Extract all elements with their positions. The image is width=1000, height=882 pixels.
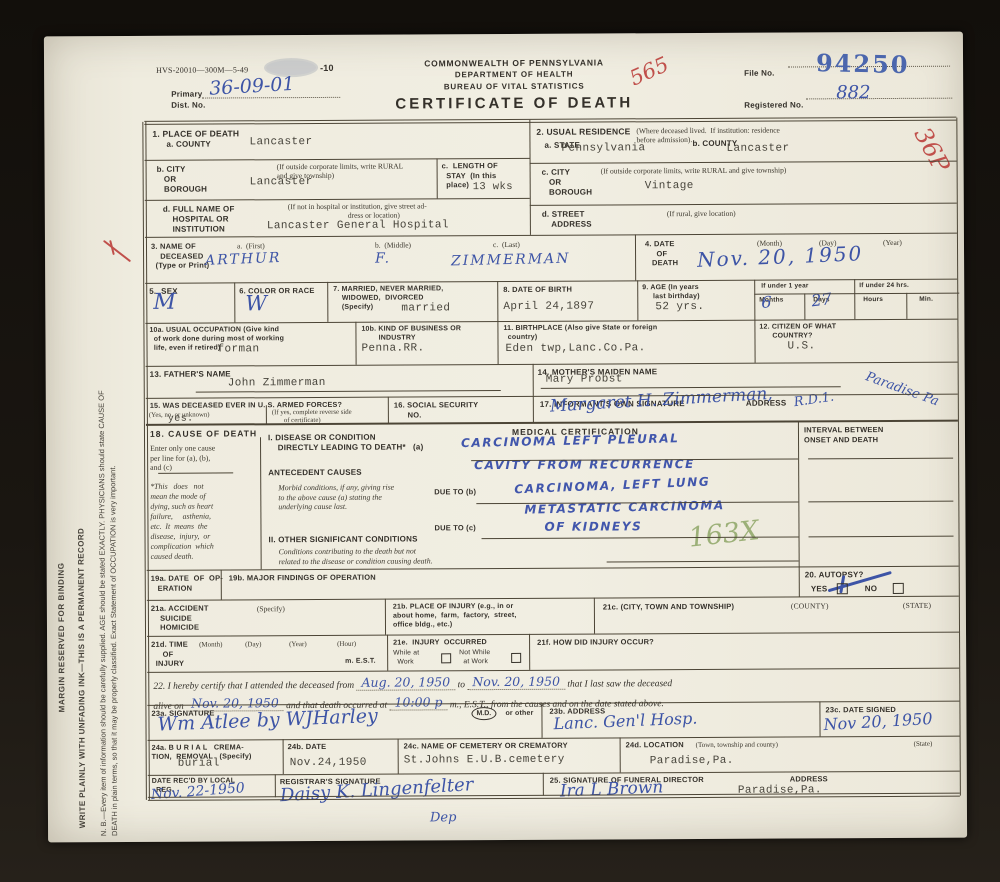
date-of-birth-label: 8. DATE OF BIRTH [503,285,572,294]
industry-value: Penna.RR. [362,342,425,354]
grid-line [385,599,386,635]
certificate-title: CERTIFICATE OF DEATH [324,94,704,114]
hours-header: Hours [863,296,883,304]
grid-line [398,739,399,774]
county-label: a. COUNTY [166,140,211,150]
residence-county-value: Lancaster [726,143,789,155]
grid-line [533,364,534,396]
morbid-note: Morbid conditions, if any, giving rise t… [278,483,394,512]
hospital-value: Lancaster General Hospital [267,219,449,232]
time-of-injury-label: 21d. TIME OF INJURY [151,640,188,669]
under-24-hrs-label: If under 24 hrs. [859,282,909,290]
father-name-label: 13. FATHER'S NAME [150,369,231,379]
grid-line [808,458,953,460]
funeral-address-value: Paradise,Pa. [738,784,822,796]
injury-county-header: (COUNTY) [791,601,829,610]
marital-status-value: married [401,302,450,314]
injury-est-label: m. E.S.T. [345,658,376,667]
birthplace-value: Eden twp,Lanc.Co.Pa. [506,342,646,355]
residence-city-label: c. CITY OR BOROUGH [542,168,593,198]
other-conditions-label: II. OTHER SIGNIFICANT CONDITIONS [269,534,418,544]
grid-line [437,158,438,198]
usual-residence-title: 2. USUAL RESIDENCE [536,126,630,137]
autopsy-checkbox [837,583,848,594]
registrar-deputy-note: Dep [430,810,457,825]
injury-month-header: (Month) [199,640,222,649]
grid-line [497,321,498,364]
grid-line [809,536,954,538]
last-name-value: ZIMMERMAN [451,251,571,270]
autopsy-no-label: NO [865,584,877,594]
grid-line [530,161,957,164]
certificate-paper: MARGIN RESERVED FOR BINDING WRITE PLAINL… [44,32,967,843]
minutes-header: Min. [919,296,933,304]
grid-line [355,322,356,365]
grid-line [497,281,498,321]
margin-nb-line2: DEATH in plain terms, so that it may be … [107,390,120,836]
not-while-at-work-checkbox [511,653,521,663]
district-number-label: Dist. No. [171,101,205,111]
cause-note1: Enter only one cause per line for (a), (… [150,444,215,474]
age-value: 52 yrs. [655,301,704,313]
grid-line [799,566,800,596]
grid-line [529,634,530,670]
city-borough-value: Lancaster [250,176,313,188]
registered-number-line [806,98,952,100]
district-number-value: 36-09-01 [209,73,295,100]
place-of-injury-label: 21b. PLACE OF INJURY (e.g., in or about … [393,602,517,630]
grid-line [388,397,389,424]
color-race-value: W [245,291,267,315]
grid-line [158,472,233,473]
grid-line [529,120,531,235]
accident-suicide-label: 21a. ACCIDENT SUICIDE HOMICIDE [151,604,209,633]
grid-line [266,405,267,424]
margin-nb-note: N. B.—Every item of information should b… [96,390,120,836]
middle-name-header: b. (Middle) [375,240,411,250]
date-of-death-value: Nov. 20, 1950 [697,241,864,272]
attended-to-date: Nov. 20, 1950 [467,674,565,691]
attended-from-date: Aug. 20, 1950 [356,674,455,691]
disease-condition-label: I. DISEASE OR CONDITION DIRECTLY LEADING… [268,432,423,453]
place-of-death-title: 1. PLACE OF DEATH [152,128,239,139]
informant-address2: Paradise Pa [863,369,940,409]
name-of-deceased-label: 3. NAME OF DECEASED (Type or Print) [151,242,209,271]
grid-line [260,437,262,569]
other-conditions-text: Conditions contributing to the death but… [279,546,433,566]
injury-city-label: 21c. (CITY, TOWN AND TOWNSHIP) [603,602,734,612]
social-security-label: 16. SOCIAL SECURITY NO. [394,400,479,419]
cause-c-value: OF KIDNEYS [544,519,642,534]
margin-permanent-record-note: WRITE PLAINLY WITH UNFADING INK—THIS IS … [76,528,87,828]
date-of-death-label: 4. DATE OF DEATH [645,239,678,268]
grid-line [637,280,638,320]
injury-day-header: (Day) [245,640,261,649]
cause-c-pre: METASTATIC CARCINOMA [524,498,725,517]
due-to-b-label: DUE TO (b) [434,487,476,496]
burial-date-value: Nov.24,1950 [290,757,367,769]
city-borough-label: b. CITY OR BOROUGH [157,165,208,195]
registered-number-value: 882 [836,82,870,103]
how-injury-occurred-label: 21f. HOW DID INJURY OCCUR? [537,637,654,647]
burial-location-value: Paradise,Pa. [650,755,734,767]
grid-line [906,293,907,319]
street-address-label: d. STREET ADDRESS [542,210,592,230]
burial-location-label: 24d. LOCATION [626,740,684,749]
last-name-header: c. (Last) [493,240,520,250]
margin-binding-note: MARGIN RESERVED FOR BINDING [57,562,67,712]
due-to-c-label: DUE TO (c) [434,523,475,532]
date-of-operation-label: 19a. DATE OF OP- ERATION [151,573,223,592]
not-while-at-work-label: Not While at Work [459,649,490,666]
cause-a-line1: CARCINOMA LEFT PLEURAL [461,431,680,450]
red-pencil-code: 36P [908,123,955,177]
residence-city-value: Vintage [645,180,694,192]
file-number-label: File No. [744,69,775,79]
grid-line [234,282,235,322]
registered-number-label: Registered No. [744,100,803,110]
grid-line [533,396,534,423]
certify-text: to [458,680,465,690]
injury-year-header: (Year) [289,640,307,649]
injury-hour-header: (Hour) [337,640,356,649]
burial-state-header: (State) [914,740,933,749]
grid-line [607,560,799,562]
grid-line [530,203,957,206]
occupation-value: forman [218,343,260,355]
hospital-hint: (If not in hospital or institution, give… [288,201,427,220]
industry-label: 10b. KIND OF BUSINESS OR INDUSTRY [361,325,461,343]
date-of-birth-value: April 24,1897 [503,301,594,313]
grid-line [635,234,636,280]
sex-value: M [153,290,176,315]
autopsy-yes-label: YES [811,584,828,594]
first-name-value: ARTHUR [205,250,282,269]
mother-name-value: Mary Probst [546,373,623,385]
father-name-value: John Zimmerman [228,377,326,390]
grid-line [196,390,501,393]
grid-line [147,596,959,601]
injury-state-header: (STATE) [903,601,931,610]
grid-line [543,773,544,796]
burial-date-label: 24b. DATE [288,742,327,751]
grid-line [808,501,953,503]
length-of-stay-value: 13 wks [473,181,513,193]
hospital-label: d. FULL NAME OF HOSPITAL OR INSTITUTION [163,204,235,234]
burial-value: burial [178,758,220,770]
age-label: 9. AGE (In years last birthday) [642,284,700,302]
green-pencil-code: 163X [687,515,761,554]
grid-line [541,703,542,738]
while-at-work-label: While at Work [393,649,419,666]
grid-line [594,598,595,634]
cemetery-value: St.Johns E.U.B.cemetery [404,754,565,767]
age-months-value: 6 [761,293,771,312]
grid-line [327,282,328,322]
grid-line [145,198,530,201]
grid-line [854,279,855,319]
certify-text: that I last saw the deceased [567,679,672,690]
grid-line [754,280,755,320]
accident-specify-hint: (Specify) [257,604,285,614]
grid-line [754,320,755,363]
grid-line [956,118,961,796]
primary-label: Primary [171,90,202,100]
grid-line [221,569,222,599]
grid-line [275,774,276,797]
injury-occurred-label: 21e. INJURY OCCURRED [393,638,487,647]
grid-line [819,701,820,736]
grid-line [146,362,958,367]
death-year-header: (Year) [883,238,902,247]
middle-name-value: F. [375,251,391,267]
informant-signature: Margaret H. Zimmerman, [549,384,773,417]
cause-b-value: CARCINOMA, LEFT LUNG [514,475,710,497]
informant-address-value: R.D.1. [793,390,835,411]
form-number: HVS-20010—300M—5-49 [156,65,248,75]
autopsy-label: 20. AUTOPSY? [805,570,864,580]
cause-of-death-title: 18. CAUSE OF DEATH [150,428,257,439]
autopsy-checkbox [893,583,904,594]
or-other-label: or other [505,710,533,719]
citizen-label: 12. CITIZEN OF WHAT COUNTRY? [759,323,836,341]
grid-line [754,293,959,295]
first-name-header: a. (First) [237,241,265,251]
while-at-work-checkbox [441,653,451,663]
certify-text: 22. I hereby certify that I attended the… [153,681,354,692]
grid-line [283,739,284,774]
state-value: Pennsylvania [561,142,645,154]
grid-line [147,632,959,637]
interval-label: INTERVAL BETWEEN ONSET AND DEATH [804,425,884,444]
under-1-year-label: If under 1 year [761,282,808,290]
cause-note2: *This does not mean the mode of dying, s… [150,482,214,562]
photo-background: MARGIN RESERVED FOR BINDING WRITE PLAINL… [0,0,1000,882]
burial-location-hint: (Town, township and county) [696,741,778,750]
cemetery-label: 24c. NAME OF CEMETERY OR CREMATORY [404,741,568,751]
antecedent-label: ANTECEDENT CAUSES [268,468,362,478]
grid-line [804,293,805,319]
red-check-mark [103,240,131,262]
residence-city-hint: (If outside corporate limits, write RURA… [601,166,787,176]
street-address-hint: (If rural, give location) [667,209,736,219]
grid-line [798,420,800,566]
citizen-value: U.S. [787,340,815,352]
grid-line [145,279,957,284]
md-circled-label: M.D. [471,707,496,720]
grid-line [620,737,621,772]
county-value: Lancaster [249,136,312,148]
funeral-address-label: ADDRESS [790,774,828,783]
birthplace-label: 11. BIRTHPLACE (Also give State or forei… [503,324,657,342]
grid-line [145,233,957,238]
file-number-stamp: 94250 [816,48,910,79]
major-findings-label: 19b. MAJOR FINDINGS OF OPERATION [229,573,376,583]
grid-line [387,635,388,671]
